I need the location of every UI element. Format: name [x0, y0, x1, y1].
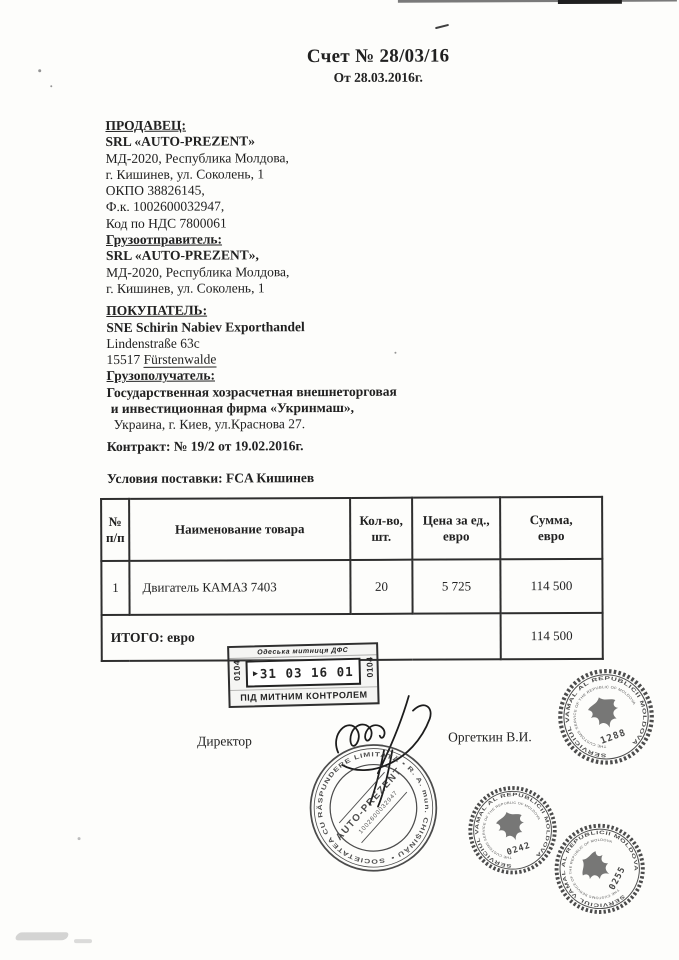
seller-okpo: ОКПО 38826145,: [106, 181, 526, 199]
customs-code-right: 0104: [365, 665, 375, 677]
buyer-city-line: 15517 Fürstenwalde: [106, 350, 526, 368]
seller-address-line: г. Кишинев, ул. Соколень, 1: [106, 165, 526, 183]
buyer-city: Fürstenwalde: [144, 352, 217, 368]
shipper-heading: Грузоотправитель:: [106, 230, 526, 248]
cell-amount: 114 500: [500, 559, 602, 613]
seller-fiscal-code: Ф.к. 1002600032947,: [106, 198, 526, 216]
seal-number: 1288: [599, 727, 628, 747]
director-name: Оргеткин В.И.: [448, 729, 532, 745]
scan-speck: [78, 837, 81, 840]
scan-edge-line: [398, 0, 677, 3]
table-header-row: № п/п Наименование товара Кол-во, шт. Це…: [101, 497, 602, 561]
customs-date-box: ▸31 03 16 01: [246, 658, 361, 688]
invoice-date: От 28.03.2016г.: [98, 69, 658, 87]
col-header-amount: Сумма, евро: [500, 497, 602, 559]
goods-table: № п/п Наименование товара Кол-во, шт. Це…: [100, 496, 604, 662]
buyer-heading: ПОКУПАТЕЛЬ:: [106, 301, 526, 319]
invoice-title: Счет № 28/03/16: [98, 45, 658, 69]
cell-unit-price: 5 725: [412, 559, 500, 613]
goods-table-wrap: № п/п Наименование товара Кол-во, шт. Це…: [100, 496, 602, 662]
cell-qty: 20: [350, 560, 412, 614]
customs-round-seal-1288: SERVICIUL VAMAL AL REPUBLICII MOLDOVA TH…: [539, 650, 673, 784]
company-seal-ring-text: SOCIETATEA CU RĂSPUNDERE LIMITATĂ • R. A…: [306, 740, 441, 875]
cell-goods-name: Двигатель КАМАЗ 7403: [129, 560, 350, 615]
company-seal: SOCIETATEA CU RĂSPUNDERE LIMITATĂ • R. A…: [294, 728, 453, 887]
scan-speck: [50, 85, 52, 87]
col-header-unit-price: Цена за ед., евро: [412, 497, 500, 559]
eagle-emblem: [585, 692, 623, 732]
parties-block: ПРОДАВЕЦ: SRL «AUTO-PREZENT» МД-2020, Ре…: [105, 116, 526, 433]
svg-text:SOCIETATEA CU RĂSPUNDERE LIMIT: SOCIETATEA CU RĂSPUNDERE LIMITATĂ • R. A…: [306, 740, 441, 875]
buyer-street: Lindenstraße 63c: [106, 334, 526, 352]
scan-smudge: [74, 939, 92, 943]
consignee-name-line1: Государственная хозрасчетная внешнеторго…: [107, 383, 527, 401]
company-seal-name: AUTO-PREZENT: [334, 765, 405, 842]
total-amount: 114 500: [501, 613, 603, 659]
scan-content: Счет № 28/03/16 От 28.03.2016г. ПРОДАВЕЦ…: [0, 0, 679, 960]
shipper-address-line: МД-2020, Республика Молдова,: [106, 263, 526, 281]
scan-speck: [38, 69, 41, 72]
col-header-name: Наименование товара: [129, 498, 350, 561]
contract-line: Контракт: № 19/2 от 19.02.2016г.: [107, 438, 304, 455]
seal-ring: [303, 737, 444, 878]
seller-name: SRL «AUTO-PREZENT»: [105, 132, 525, 150]
buyer-name: SNE Schirin Nabiev Exporthandel: [106, 318, 526, 336]
director-label: Директор: [197, 733, 252, 749]
seal-number: 0242: [506, 841, 533, 858]
scan-edge-mark: [558, 0, 622, 4]
seller-heading: ПРОДАВЕЦ:: [105, 116, 525, 134]
customs-code-left: 0104: [232, 668, 242, 680]
pen-mark: [435, 24, 449, 29]
cell-num: 1: [101, 561, 129, 615]
shipper-address-line: г. Кишинев, ул. Соколень, 1: [106, 279, 526, 297]
eagle-emblem: [576, 848, 616, 886]
consignee-address: Украина, г. Киев, ул.Краснова 27.: [107, 416, 527, 434]
seal-number: 0255: [608, 865, 629, 892]
table-row: 1 Двигатель КАМАЗ 7403 20 5 725 114 500: [101, 559, 602, 615]
seller-vat-code: Код по НДС 7800061: [106, 214, 526, 232]
customs-date-code: 31 03 16 01: [260, 664, 354, 681]
shipper-name: SRL «AUTO-PREZENT»,: [106, 247, 526, 265]
scan-smudge: [14, 932, 70, 940]
seller-address-line: МД-2020, Республика Молдова,: [106, 149, 526, 167]
eagle-emblem: [494, 808, 529, 845]
col-header-num: № п/п: [101, 499, 129, 561]
buyer-postal-code: 15517: [106, 352, 140, 367]
consignee-heading: Грузополучатель:: [107, 367, 527, 385]
consignee-name-line2: и инвестиционная фирма «Укринмаш»,: [107, 399, 527, 417]
delivery-terms-line: Условия поставки: FCA Кишинев: [107, 470, 314, 487]
document-header: Счет № 28/03/16 От 28.03.2016г.: [98, 45, 658, 87]
col-header-qty: Кол-во, шт.: [350, 498, 412, 560]
scanned-invoice-document: Счет № 28/03/16 От 28.03.2016г. ПРОДАВЕЦ…: [0, 0, 679, 960]
stamp-arrow-icon: ▸: [253, 669, 258, 679]
